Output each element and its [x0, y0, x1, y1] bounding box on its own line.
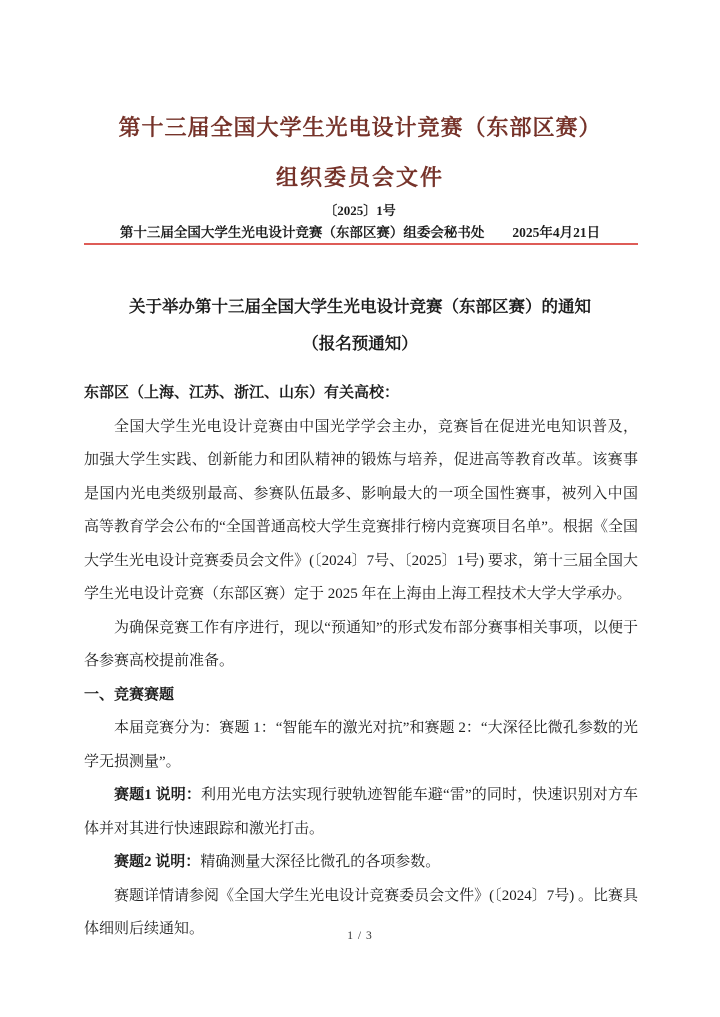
- topic2-label: 赛题2 说明：: [114, 854, 200, 870]
- salutation: 东部区（上海、江苏、浙江、山东）有关高校：: [84, 377, 638, 411]
- section-heading-topics: 一、竞赛赛题: [84, 679, 638, 713]
- topic2-text: 精确测量大深径比微孔的各项参数。: [200, 854, 440, 870]
- page-number: 1 / 3: [0, 930, 720, 942]
- paragraph-purpose: 为确保竞赛工作有序进行，现以“预通知”的形式发布部分赛事相关事项，以便于各参赛高…: [84, 612, 638, 679]
- paragraph-topics: 本届竞赛分为：赛题 1：“智能车的激光对抗”和赛题 2：“大深径比微孔参数的光学…: [84, 712, 638, 779]
- document-header: 第十三届全国大学生光电设计竞赛（东部区赛） 组织委员会文件 〔2025〕1号 第…: [0, 0, 720, 245]
- org-title-line2: 组织委员会文件: [0, 163, 720, 193]
- topic1-label: 赛题1 说明：: [114, 787, 201, 803]
- document-page: 第十三届全国大学生光电设计竞赛（东部区赛） 组织委员会文件 〔2025〕1号 第…: [0, 0, 720, 1017]
- issuer-name: 第十三届全国大学生光电设计竞赛（东部区赛）组委会秘书处: [120, 224, 485, 242]
- issue-date: 2025年4月21日: [512, 224, 600, 242]
- doc-number: 〔2025〕1号: [0, 202, 720, 220]
- notice-head: 关于举办第十三届全国大学生光电设计竞赛（东部区赛）的通知 （报名预通知）: [0, 296, 720, 355]
- org-title-block: 第十三届全国大学生光电设计竞赛（东部区赛） 组织委员会文件: [0, 113, 720, 193]
- org-title-line1: 第十三届全国大学生光电设计竞赛（东部区赛）: [0, 113, 720, 143]
- paragraph-topic1: 赛题1 说明：利用光电方法实现行驶轨迹智能车避“雷”的同时，快速识别对方车体并对…: [84, 779, 638, 846]
- notice-title: 关于举办第十三届全国大学生光电设计竞赛（东部区赛）的通知: [0, 296, 720, 318]
- notice-subtitle: （报名预通知）: [0, 333, 720, 355]
- issuer-row: 第十三届全国大学生光电设计竞赛（东部区赛）组委会秘书处 2025年4月21日: [0, 224, 720, 242]
- red-rule: [84, 243, 638, 245]
- paragraph-topic2: 赛题2 说明：精确测量大深径比微孔的各项参数。: [84, 846, 638, 880]
- document-body: 东部区（上海、江苏、浙江、山东）有关高校： 全国大学生光电设计竞赛由中国光学学会…: [84, 377, 638, 947]
- paragraph-intro: 全国大学生光电设计竞赛由中国光学学会主办，竞赛旨在促进光电知识普及，加强大学生实…: [84, 411, 638, 612]
